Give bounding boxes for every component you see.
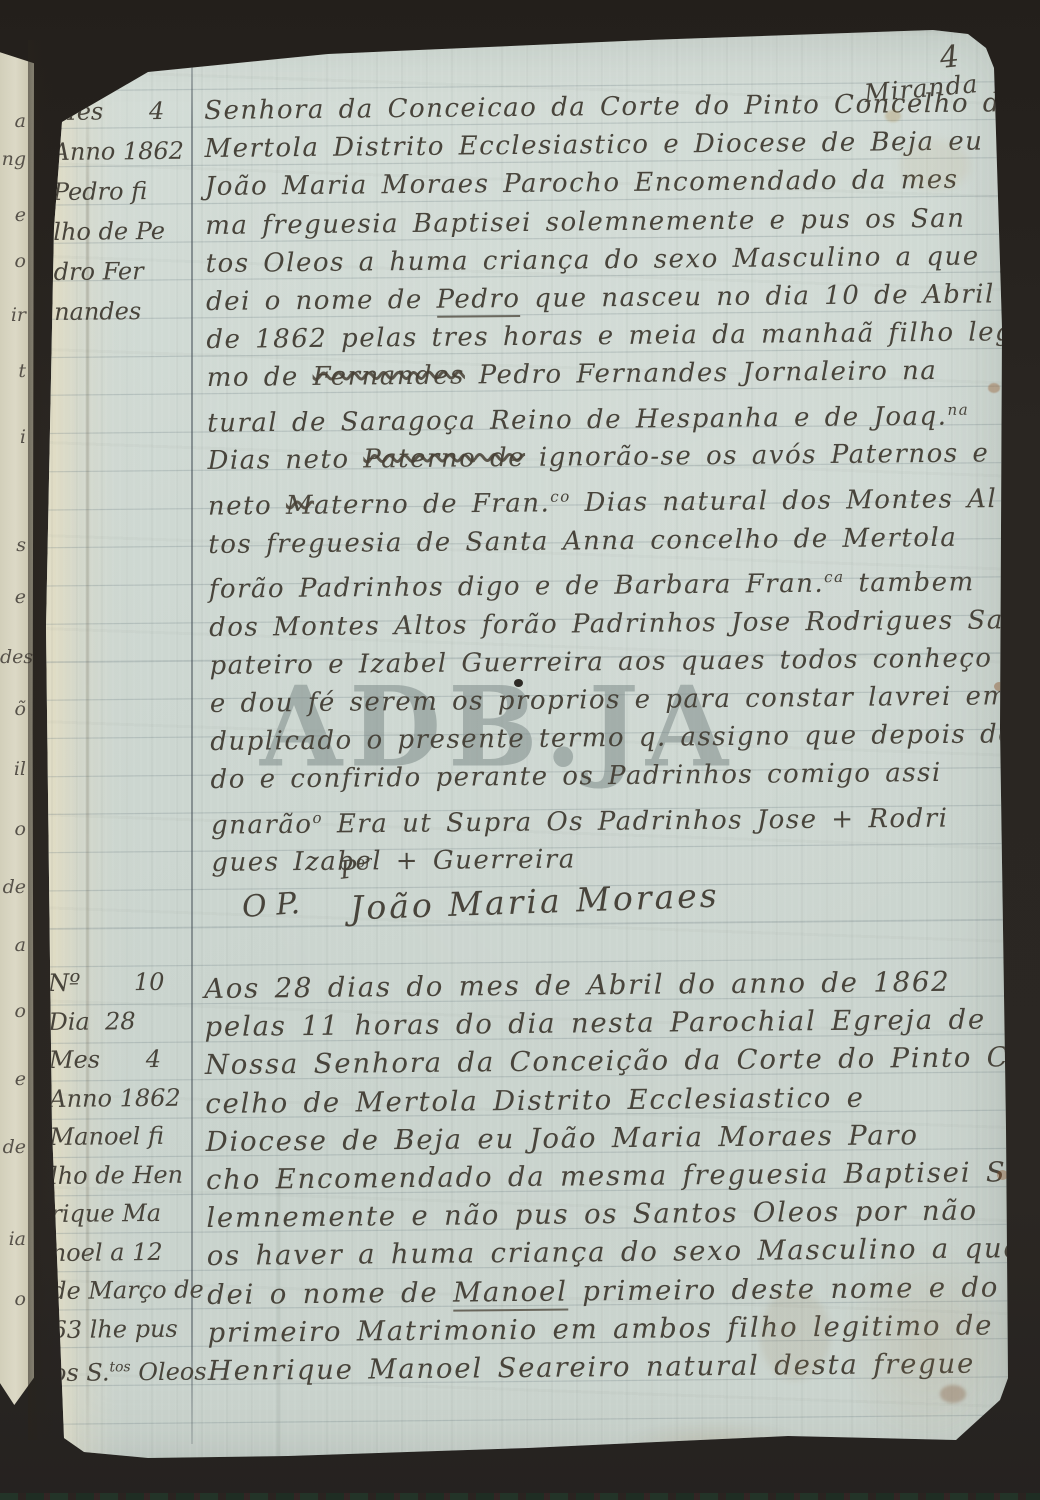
entry1-record-text: Senhora da Conceicao da Corte do Pinto C… xyxy=(204,84,1012,882)
stain xyxy=(988,383,1000,393)
manuscript-line: Manoel fi xyxy=(49,1117,199,1157)
manuscript-line: gues Izabel + Guerreira xyxy=(211,837,1011,883)
manuscript-line: Mes 4 xyxy=(52,91,200,132)
stain xyxy=(760,1290,830,1380)
signature-abbrev-sup: or xyxy=(355,854,373,872)
adjacent-page-fragment: i xyxy=(0,428,26,447)
underlined-name: Pedro xyxy=(436,284,520,318)
ink-blot xyxy=(1000,268,1008,275)
adjacent-page-fragment: o xyxy=(0,1290,26,1309)
stain xyxy=(885,110,901,122)
adjacent-page-fragment: a xyxy=(0,936,26,955)
adjacent-page-fragment: o xyxy=(0,252,26,271)
stain xyxy=(997,1170,1008,1180)
superscript-abbreviation: o xyxy=(312,809,323,827)
manuscript-line: Mes 4 xyxy=(49,1040,199,1080)
adjacent-page-fragment: t xyxy=(0,362,26,381)
stain xyxy=(994,682,1004,691)
superscript-abbreviation: na xyxy=(947,400,969,418)
adjacent-page-fragment: ia xyxy=(0,1230,26,1249)
superscript-abbreviation: co xyxy=(550,487,571,505)
manuscript-page: ADB.JA 4 Miranda Mes 4Anno 1862Pedro fil… xyxy=(28,28,1010,1464)
ink-blot xyxy=(514,679,523,687)
manuscript-line: dro Fer xyxy=(54,251,202,292)
manuscript-line: os S.tos Oleos xyxy=(52,1348,202,1393)
adjacent-page-fragment: de xyxy=(0,1138,26,1157)
stain xyxy=(620,1420,810,1468)
superscript-abbreviation: ca xyxy=(824,568,845,586)
adjacent-page-fragment: o xyxy=(0,820,26,839)
crossed-out-text: Paterno de xyxy=(363,443,525,475)
manuscript-line: 63 lhe pus xyxy=(51,1309,201,1349)
manuscript-line: Anno 1862 xyxy=(52,131,200,172)
manuscript-line: de Março de xyxy=(51,1271,201,1311)
scanned-manuscript-background: angeoirtisedesõilodeaoedeiao ADB.JA 4 Mi… xyxy=(0,0,1040,1500)
manuscript-line: Anno 1862 xyxy=(49,1078,199,1118)
manuscript-line: gnarãoo Era ut Supra Os Padrinhos Jose +… xyxy=(211,792,1011,845)
adjacent-page-fragment: e xyxy=(0,206,26,225)
manuscript-line: noel a 12 xyxy=(51,1232,201,1272)
adjacent-page-fragment: il xyxy=(0,760,26,779)
adjacent-page-fragment: e xyxy=(0,1070,26,1089)
manuscript-line: Pedro fi xyxy=(53,171,201,212)
adjacent-page-fragment: des xyxy=(0,648,26,667)
scanner-edge-strip xyxy=(0,1493,1040,1500)
manuscript-line: tural de Saragoça Reino de Hespanha e de… xyxy=(207,390,1007,443)
manuscript-line: Nº 10 xyxy=(48,963,198,1003)
manuscript-line: nandes xyxy=(54,291,202,332)
stain xyxy=(940,1385,966,1403)
manuscript-line: Nossa Senhora da Conceição da Corte do P… xyxy=(205,1039,1005,1085)
superscript-abbreviation: tos xyxy=(109,1359,130,1375)
stain xyxy=(900,140,970,190)
crossed-out-text: M xyxy=(286,490,314,520)
adjacent-page-fragment: o xyxy=(0,1002,26,1021)
adjacent-page-fragment: de xyxy=(0,878,26,897)
adjacent-page-fragment: s xyxy=(0,536,26,555)
manuscript-line: neto Materno de Fran.co Dias natural dos… xyxy=(208,473,1008,526)
crossed-out-text: Fernandes xyxy=(312,361,465,392)
manuscript-line: Dia 28 xyxy=(48,1001,198,1041)
signature-abbreviation: Por xyxy=(338,852,374,885)
underlined-name: Manoel xyxy=(453,1275,568,1311)
manuscript-line: lho de Hen xyxy=(50,1155,200,1195)
signature-prefix: O P. xyxy=(241,886,301,925)
adjacent-page-fragment: a xyxy=(0,112,26,131)
adjacent-page-fragment: e xyxy=(0,588,26,607)
entry1-margin-notes: Mes 4Anno 1862Pedro filho de Pedro Ferna… xyxy=(52,91,202,332)
adjacent-page-fragment: õ xyxy=(0,700,26,719)
adjacent-page-fragment: ir xyxy=(0,306,26,325)
manuscript-line: forão Padrinhos digo e de Barbara Fran.c… xyxy=(209,556,1009,609)
manuscript-line: lho de Pe xyxy=(53,211,201,252)
manuscript-line: rique Ma xyxy=(50,1194,200,1234)
entry2-margin-notes: Nº 10Dia 28Mes 4Anno 1862Manoel filho de… xyxy=(48,963,202,1393)
stain xyxy=(840,1240,1020,1450)
adjacent-page-fragment: ng xyxy=(0,150,26,169)
